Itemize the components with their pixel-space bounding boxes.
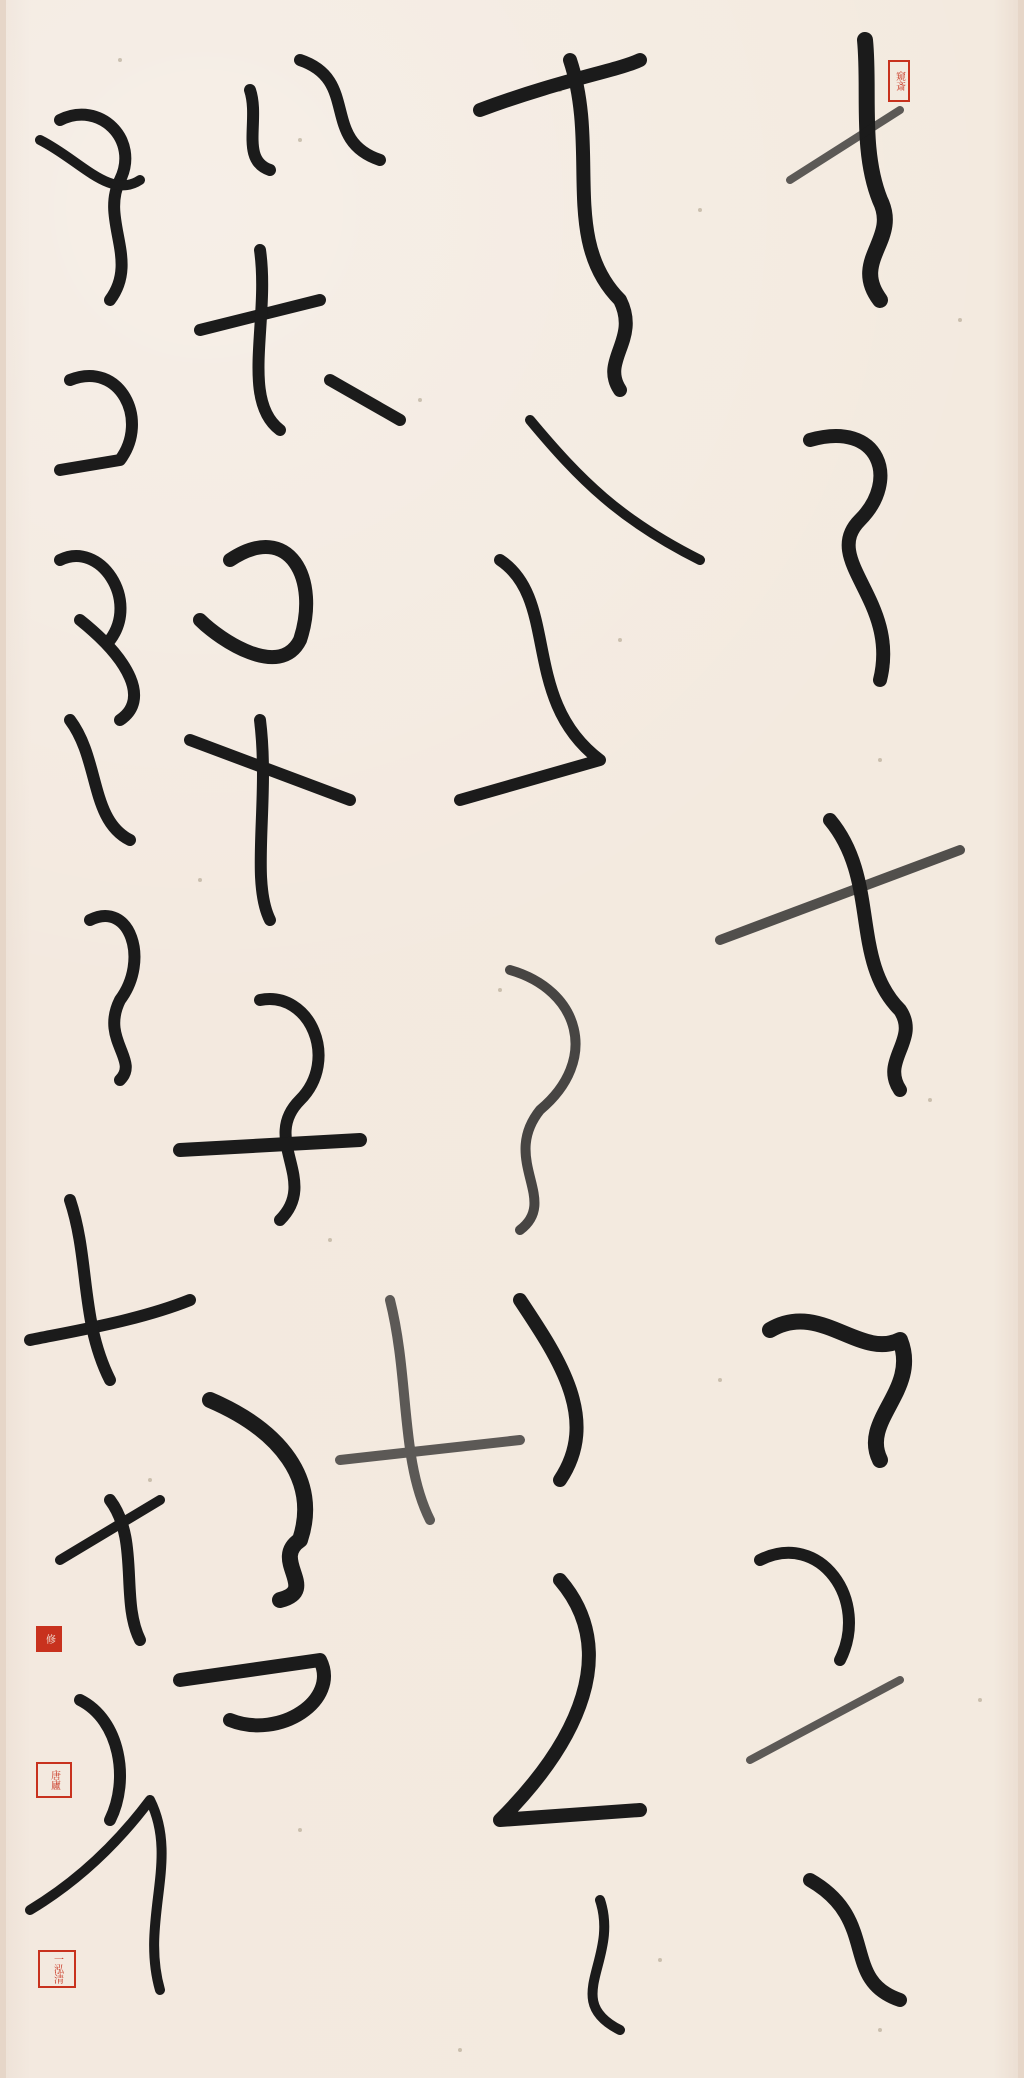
seal-top-right: 窺斎 [888,60,910,102]
seal-left-lower: 唐廬 [36,1762,72,1798]
calligraphy-scroll: 窺斎 修 唐廬 一泓清 [0,0,1024,2078]
seal-left-middle: 修 [36,1626,62,1652]
seal-text: 窺斎 [894,71,905,91]
seal-text: 修 [44,1634,55,1644]
seal-text: 唐廬 [49,1770,60,1790]
seal-left-bottom: 一泓清 [38,1950,76,1988]
brush-strokes [0,0,1024,2078]
paper-flecks [78,58,982,2052]
seal-text: 一泓清 [52,1954,63,1984]
